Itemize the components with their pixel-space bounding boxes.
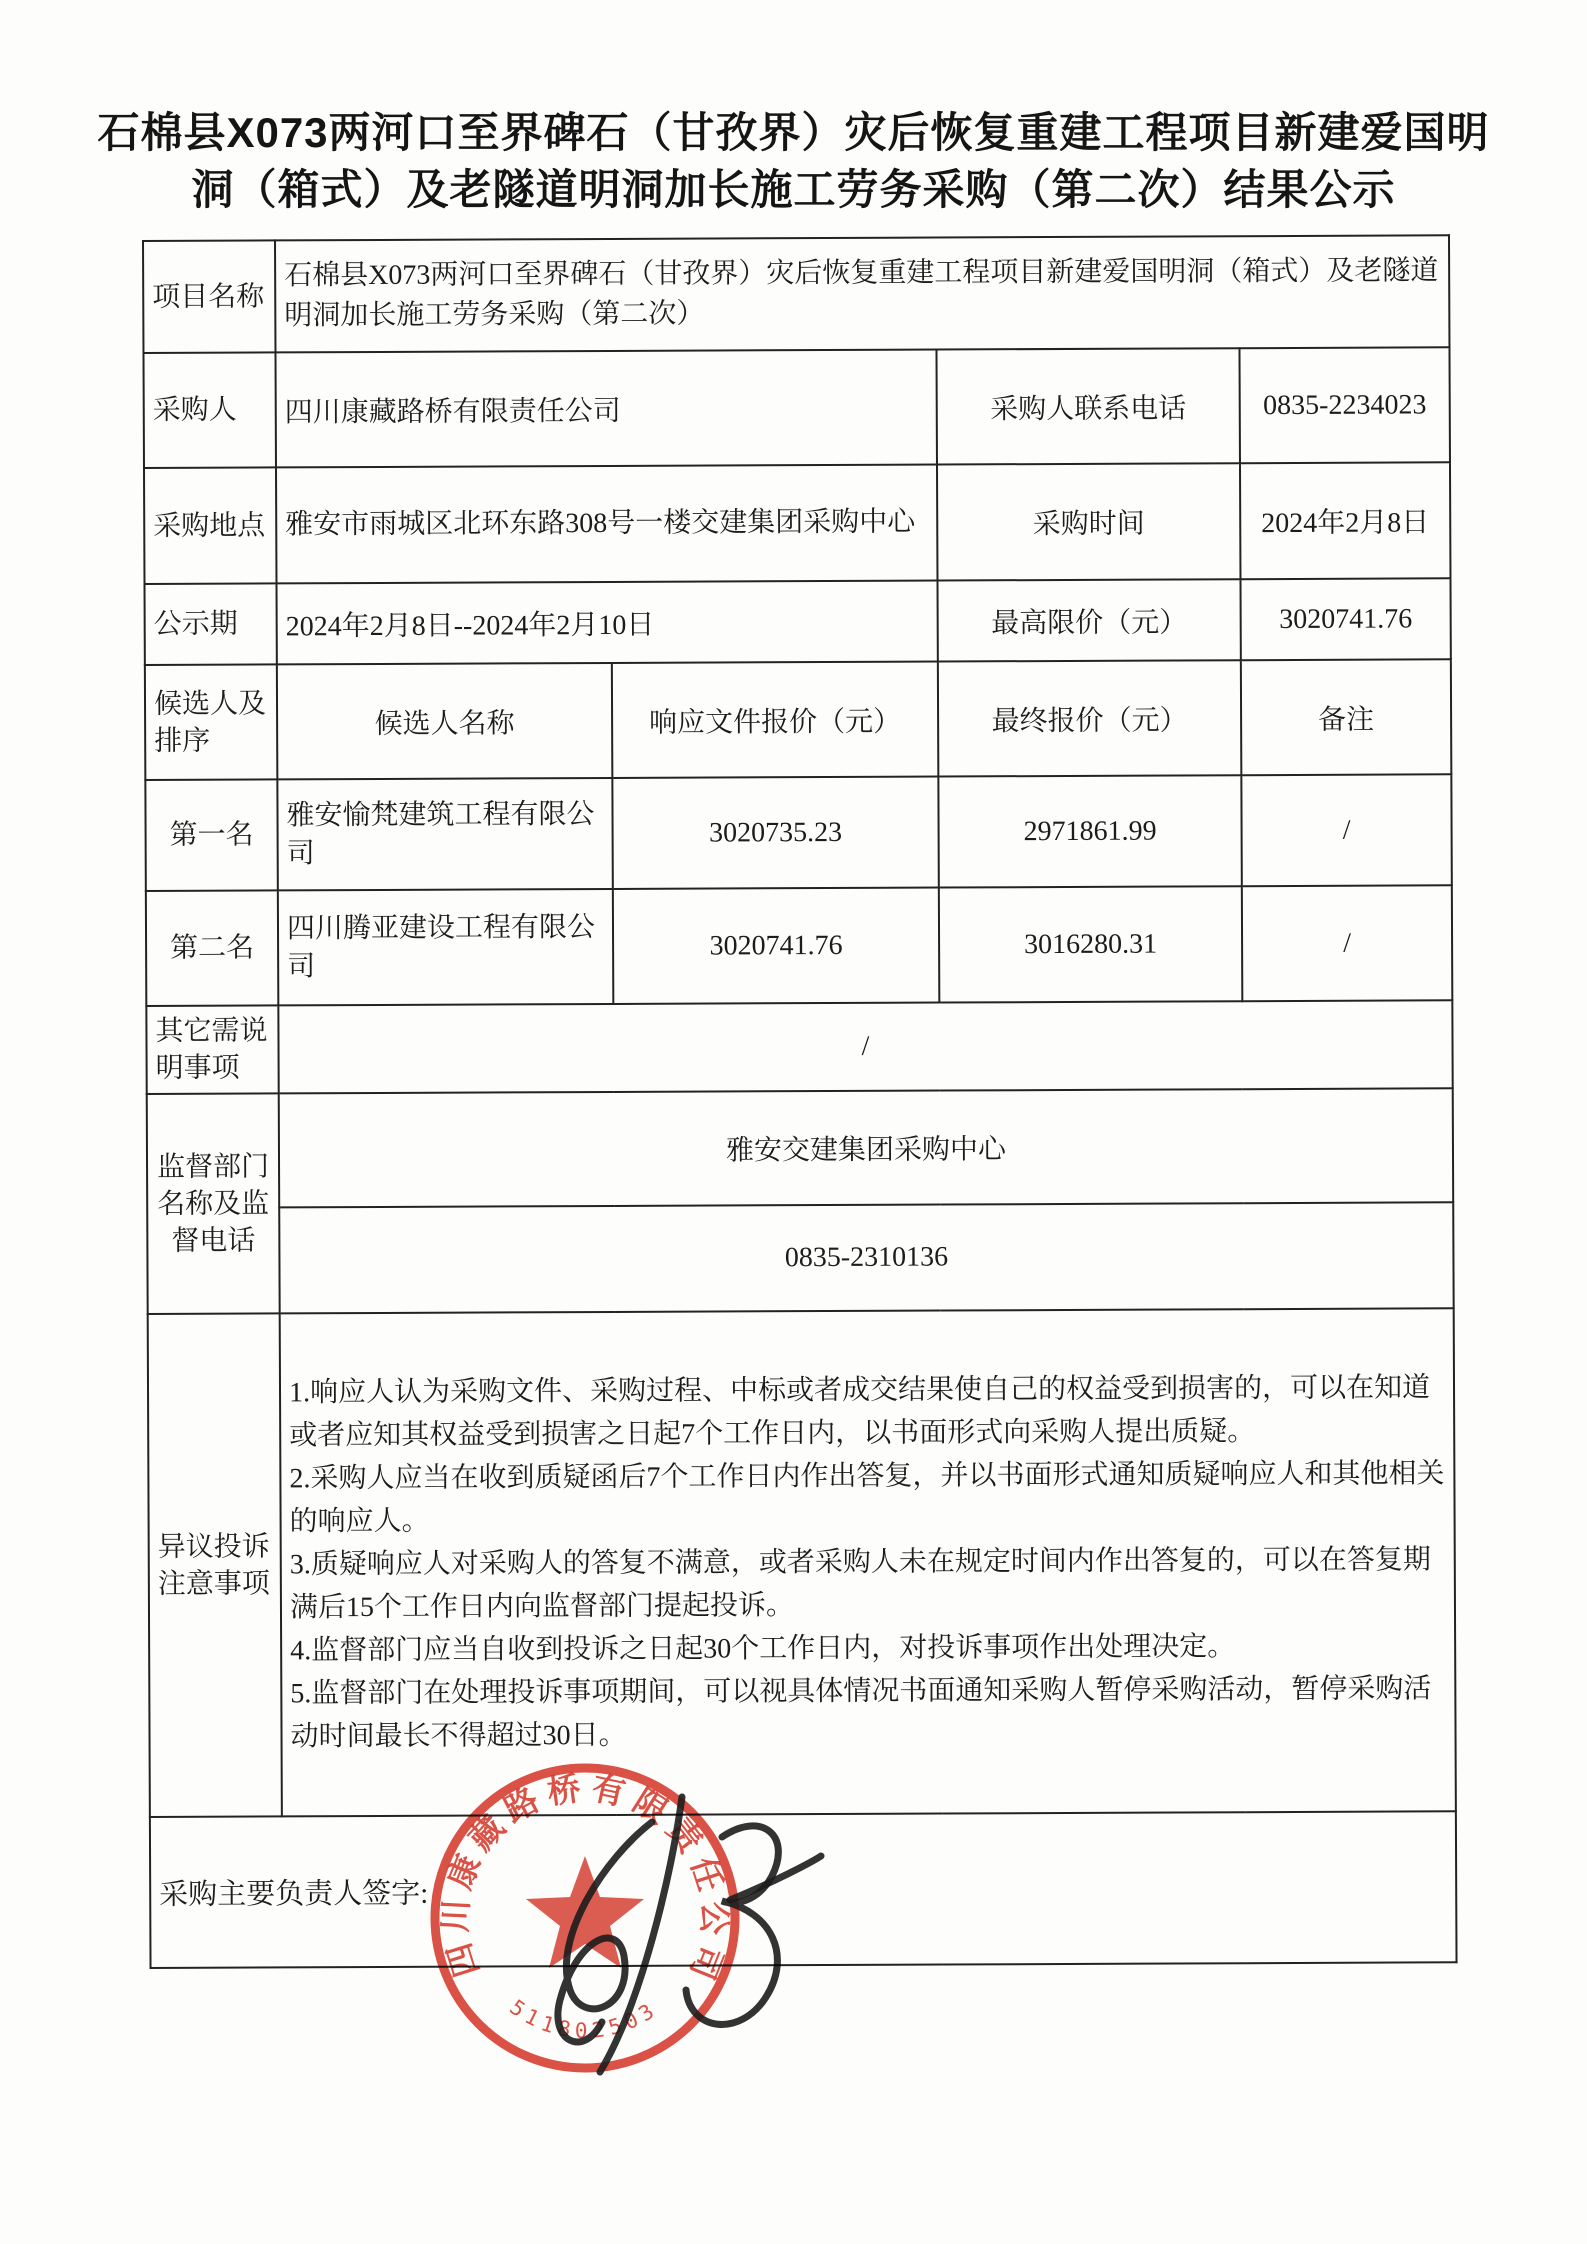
supervision-label: 监督部门名称及监督电话 [147, 1093, 280, 1314]
row-publicity: 公示期 2024年2月8日--2024年2月10日 最高限价（元） 302074… [145, 578, 1451, 665]
objection-item-5: 5.监督部门在处理投诉事项期间，可以视具体情况书面通知采购人暂停采购活动，暂停采… [290, 1667, 1446, 1758]
signature-cell: 采购主要负责人签字: [150, 1811, 1457, 1968]
result-table-sheet: 项目名称 石棉县X073两河口至界碑石（甘孜界）灾后恢复重建工程项目新建爱国明洞… [142, 234, 1458, 1969]
objection-text: 1.响应人认为采购文件、采购过程、中标或者成交结果使自己的权益受到损害的，可以在… [280, 1308, 1456, 1816]
project-label: 项目名称 [143, 240, 275, 353]
supervision-name: 雅安交建集团采购中心 [279, 1088, 1454, 1207]
row-supervision-name: 监督部门名称及监督电话 雅安交建集团采购中心 [147, 1088, 1454, 1208]
row-other: 其它需说明事项 / [146, 1000, 1452, 1094]
time-label: 采购时间 [937, 463, 1241, 580]
candidate-1-bid: 3020735.23 [612, 777, 938, 889]
candidate-2-note: / [1242, 885, 1453, 1001]
row-objection: 异议投诉注意事项 1.响应人认为采购文件、采购过程、中标或者成交结果使自己的权益… [148, 1308, 1456, 1817]
row-supervision-phone: 0835-2310136 [147, 1202, 1453, 1314]
time-value: 2024年2月8日 [1240, 462, 1451, 579]
row-location: 采购地点 雅安市雨城区北环东路308号一楼交建集团采购中心 采购时间 2024年… [144, 462, 1451, 584]
buyer-phone-value: 0835-2234023 [1239, 347, 1450, 463]
buyer-phone-label: 采购人联系电话 [936, 348, 1239, 464]
objection-label: 异议投诉注意事项 [148, 1313, 282, 1817]
candidate-1-final: 2971861.99 [938, 775, 1241, 887]
location-label: 采购地点 [144, 467, 277, 584]
candidate-1-note: / [1241, 774, 1452, 886]
document-title-line1: 石棉县X073两河口至界碑石（甘孜界）灾后恢复重建工程项目新建爱国明 [0, 104, 1587, 161]
candidate-2-bid: 3020741.76 [613, 888, 939, 1004]
result-table: 项目名称 石棉县X073两河口至界碑石（甘孜界）灾后恢复重建工程项目新建爱国明洞… [142, 234, 1458, 1969]
buyer-value: 四川康藏路桥有限责任公司 [275, 350, 936, 468]
buyer-label: 采购人 [143, 352, 276, 468]
project-value: 石棉县X073两河口至界碑石（甘孜界）灾后恢复重建工程项目新建爱国明洞（箱式）及… [275, 235, 1450, 352]
publicity-value: 2024年2月8日--2024年2月10日 [276, 581, 937, 665]
location-value: 雅安市雨城区北环东路308号一楼交建集团采购中心 [276, 465, 937, 584]
candidate-2-rank: 第二名 [146, 890, 279, 1006]
objection-item-3: 3.质疑响应人对采购人的答复不满意，或者采购人未在规定时间内作出答复的，可以在答… [290, 1538, 1446, 1629]
max-price-label: 最高限价（元） [937, 579, 1240, 661]
document-title-line2: 洞（箱式）及老隧道明洞加长施工劳务采购（第二次）结果公示 [0, 161, 1587, 218]
supervision-phone: 0835-2310136 [279, 1202, 1453, 1313]
candidate-bid-header: 响应文件报价（元） [612, 662, 938, 778]
row-project: 项目名称 石棉县X073两河口至界碑石（甘孜界）灾后恢复重建工程项目新建爱国明洞… [143, 235, 1450, 353]
row-signature: 采购主要负责人签字: [150, 1811, 1457, 1968]
max-price-value: 3020741.76 [1240, 578, 1450, 660]
row-candidate-header: 候选人及排序 候选人名称 响应文件报价（元） 最终报价（元） 备注 [145, 659, 1452, 780]
other-label: 其它需说明事项 [146, 1005, 278, 1094]
candidate-2-final: 3016280.31 [939, 886, 1242, 1002]
document-title: 石棉县X073两河口至界碑石（甘孜界）灾后恢复重建工程项目新建爱国明 洞（箱式）… [0, 104, 1587, 218]
candidate-1-name: 雅安愉梵建筑工程有限公司 [277, 778, 612, 890]
objection-item-2: 2.采购人应当在收到质疑函后7个工作日内作出答复，并以书面形式通知质疑响应人和其… [289, 1452, 1445, 1543]
candidate-row-1: 第一名 雅安愉梵建筑工程有限公司 3020735.23 2971861.99 / [145, 774, 1452, 891]
candidate-2-name: 四川腾亚建设工程有限公司 [278, 889, 613, 1005]
publicity-label: 公示期 [145, 583, 277, 665]
signature-label: 采购主要负责人签字: [159, 1878, 428, 1911]
candidate-rank-header: 候选人及排序 [145, 664, 278, 780]
candidate-final-header: 最终报价（元） [938, 660, 1241, 776]
candidate-1-rank: 第一名 [145, 779, 277, 891]
candidate-row-2: 第二名 四川腾亚建设工程有限公司 3020741.76 3016280.31 / [146, 885, 1453, 1006]
candidate-note-header: 备注 [1241, 659, 1452, 775]
objection-item-1: 1.响应人认为采购文件、采购过程、中标或者成交结果使自己的权益受到损害的，可以在… [289, 1366, 1445, 1457]
row-buyer: 采购人 四川康藏路桥有限责任公司 采购人联系电话 0835-2234023 [143, 347, 1450, 468]
other-value: / [278, 1000, 1452, 1093]
candidate-name-header: 候选人名称 [277, 663, 612, 779]
objection-item-4: 4.监督部门应当自收到投诉之日起30个工作日内，对投诉事项作出处理决定。 [290, 1624, 1446, 1672]
